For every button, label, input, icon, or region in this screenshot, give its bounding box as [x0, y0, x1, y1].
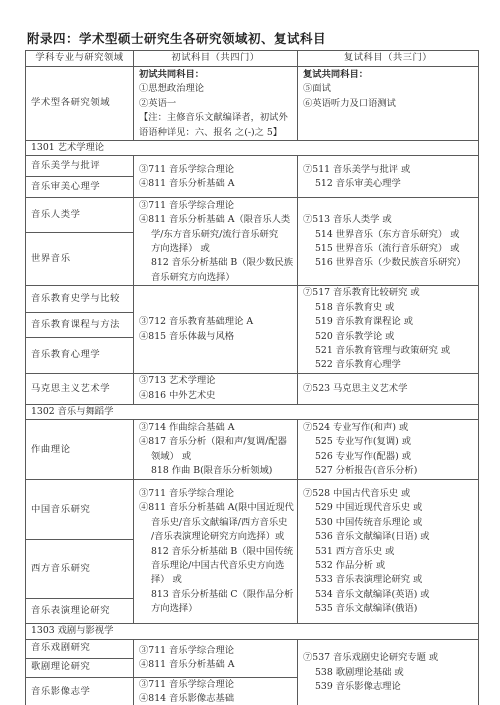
first-line: 方向选择） 或: [139, 242, 297, 256]
retest-line: 535 音乐文献编译(俄语): [303, 602, 478, 616]
table-row: 音乐美学与批评 ③711 音乐学综合理论 ④811 音乐分析基础 A ⑦511 …: [26, 156, 479, 177]
retest-cell: ⑦511 音乐美学与批评 或 512 音乐审美心理学: [298, 156, 479, 198]
retest-cell: ⑦513 音乐人类学 或 514 世界音乐（东方音乐研究） 或 515 世界音乐…: [298, 198, 479, 286]
retest-line: 534 音乐文献编译(英语) 或: [303, 588, 478, 602]
first-line: 择） 或: [139, 573, 297, 587]
first-line: ④811 音乐分析基础 A: [139, 658, 297, 672]
note-line: 语语种详见：六、报名 之(-)之 5】: [139, 126, 297, 140]
section-title: 1303 戏剧与影视学: [26, 624, 479, 639]
retest-line: 519 音乐教育课程论 或: [303, 315, 478, 329]
section-title: 1302 音乐与舞蹈学: [26, 404, 479, 419]
field-cell: 西方音乐研究: [26, 540, 134, 599]
table-row: 作曲理论 ③714 作曲综合基础 A ④817 音乐分析（限和声/复调/配器 领…: [26, 420, 479, 480]
field-cell: 音乐戏剧研究: [26, 639, 134, 658]
field-cell: 音乐教育课程与方法: [26, 312, 134, 337]
retest-line: 529 中国近现代音乐史 或: [303, 501, 478, 515]
first-line: 音乐研究方向选择）: [139, 271, 297, 285]
field-cell: 歌剧理论研究: [26, 658, 134, 677]
retest-line: 525 专业写作(复调) 或: [303, 435, 478, 449]
retest-cell: ⑦528 中国古代音乐史 或 529 中国近现代音乐史 或 530 中国传统音乐…: [298, 480, 479, 624]
first-exam-cell: ③714 作曲综合基础 A ④817 音乐分析（限和声/复调/配器 领域） 或 …: [134, 420, 298, 480]
first-line: 812 音乐分析基础 B（限中国传统: [139, 545, 297, 559]
field-cell: 音乐影像志学: [26, 677, 134, 705]
retest-line: 522 音乐教育心理学: [303, 358, 478, 372]
table-row: 音乐教育史学与比较 ③712 音乐教育基础理论 A ④815 音乐体裁与风格 ⑦…: [26, 286, 479, 312]
table-header-row: 学科专业与研究领域 初试科目（共四门） 复试科目（共三门）: [26, 51, 479, 67]
note-line: 【注：主修音乐文献编译者，初试外: [139, 111, 297, 125]
retest-line: 516 世界音乐（少数民族音乐研究）: [303, 256, 478, 270]
field-cell: 马克思主义艺术学: [26, 373, 134, 404]
first-exam-cell: ③711 音乐学综合理论 ④811 音乐分析基础 A: [134, 156, 298, 198]
retest-line: 531 西方音乐史 或: [303, 545, 478, 559]
retest-cell: ⑦537 音乐戏剧史论研究专题 或 538 歌剧理论基础 或 539 音乐影像志…: [298, 639, 479, 705]
retest-line: 532 作品分析 或: [303, 559, 478, 573]
table-row: 马克思主义艺术学 ③713 艺术学理论 ④816 中外艺术史 ⑦523 马克思主…: [26, 373, 479, 404]
field-cell: 世界音乐: [26, 233, 134, 286]
retest-line: 538 歌剧理论基础 或: [303, 666, 478, 680]
common-subjects-row: 学术型各研究领域 初试共同科目： ①思想政治理论 ②英语一 【注：主修音乐文献编…: [26, 67, 479, 141]
first-line: 音乐理论/中国古代音乐史方向选: [139, 559, 297, 573]
field-cell: 音乐美学与批评: [26, 156, 134, 177]
field-cell: 作曲理论: [26, 420, 134, 480]
retest-line: ⑦523 马克思主义艺术学: [303, 382, 478, 396]
header-first-exam: 初试科目（共四门）: [134, 51, 298, 67]
retest-line: ⑥英语听力及口语测试: [303, 97, 478, 111]
first-line: 813 音乐分析基础 C（限作品分析: [139, 588, 297, 602]
section-title: 1301 艺术学理论: [26, 141, 479, 156]
retest-cell: 复试共同科目： ⑤面试 ⑥英语听力及口语测试: [298, 67, 479, 141]
table-row: 中国音乐研究 ③711 音乐学综合理论 ④811 音乐分析基础 A(限中国近现代…: [26, 480, 479, 540]
first-line: 领域） 或: [139, 450, 297, 464]
first-line: ④814 音乐影像志基础: [139, 692, 297, 705]
retest-cell: ⑦524 专业写作(和声) 或 525 专业写作(复调) 或 526 专业写作(…: [298, 420, 479, 480]
retest-line: ⑦528 中国古代音乐史 或: [303, 487, 478, 501]
first-line: 812 音乐分析基础 B（限少数民族: [139, 256, 297, 270]
first-line: ③712 音乐教育基础理论 A: [139, 315, 297, 329]
first-line: ③711 音乐学综合理论: [139, 487, 297, 501]
first-line: 818 作曲 B(限音乐分析领域): [139, 464, 297, 478]
first-line: ④816 中外艺术史: [139, 389, 297, 403]
retest-line: ⑦524 专业写作(和声) 或: [303, 421, 478, 435]
header-field: 学科专业与研究领域: [26, 51, 134, 67]
first-line: 学/东方音乐研究/流行音乐研究: [139, 228, 297, 242]
retest-line: ⑦511 音乐美学与批评 或: [303, 163, 478, 177]
field-cell: 音乐表演理论研究: [26, 599, 134, 624]
first-exam-cell: 初试共同科目： ①思想政治理论 ②英语一 【注：主修音乐文献编译者，初试外 语语…: [134, 67, 298, 141]
first-line: ④811 音乐分析基础 A: [139, 177, 297, 191]
first-line: ④817 音乐分析（限和声/复调/配器: [139, 435, 297, 449]
retest-line: ⑦537 音乐戏剧史论研究专题 或: [303, 651, 478, 665]
retest-line: 539 音乐影像志理论: [303, 680, 478, 694]
retest-line: ⑦513 音乐人类学 或: [303, 213, 478, 227]
retest-line: 530 中国传统音乐理论 或: [303, 516, 478, 530]
first-exam-cell: ③712 音乐教育基础理论 A ④815 音乐体裁与风格: [134, 286, 298, 373]
retest-common-title: 复试共同科目：: [303, 68, 478, 82]
first-line: 方向选择）: [139, 602, 297, 616]
field-cell: 中国音乐研究: [26, 480, 134, 540]
retest-cell: ⑦523 马克思主义艺术学: [298, 373, 479, 404]
retest-line: 520 音乐教学论 或: [303, 330, 478, 344]
retest-line: 527 分析报告(音乐分析): [303, 464, 478, 478]
section-row-1303: 1303 戏剧与影视学: [26, 624, 479, 639]
first-line: ④811 音乐分析基础 A（限音乐人类: [139, 213, 297, 227]
first-line: ④815 音乐体裁与风格: [139, 330, 297, 344]
first-line: /音乐表演理论研究方向选择）或: [139, 530, 297, 544]
retest-line: 512 音乐审美心理学: [303, 177, 478, 191]
retest-line: ⑤面试: [303, 82, 478, 96]
retest-line: ⑦517 音乐教育比较研究 或: [303, 286, 478, 300]
first-line: ③711 音乐学综合理论: [139, 163, 297, 177]
first-exam-cell: ③711 音乐学综合理论 ④811 音乐分析基础 A（限音乐人类 学/东方音乐研…: [134, 198, 298, 286]
section-row-1302: 1302 音乐与舞蹈学: [26, 404, 479, 419]
retest-line: 518 音乐教育史 或: [303, 301, 478, 315]
exam-subjects-table: 学科专业与研究领域 初试科目（共四门） 复试科目（共三门） 学术型各研究领域 初…: [25, 50, 479, 705]
retest-line: 514 世界音乐（东方音乐研究） 或: [303, 228, 478, 242]
first-common-title: 初试共同科目：: [139, 68, 297, 82]
first-line: ②英语一: [139, 97, 297, 111]
retest-line: 515 世界音乐（流行音乐研究） 或: [303, 242, 478, 256]
first-line: ③711 音乐学综合理论: [139, 678, 297, 692]
field-cell: 音乐审美心理学: [26, 177, 134, 198]
first-exam-cell: ③711 音乐学综合理论 ④814 音乐影像志基础: [134, 677, 298, 705]
first-line: ③711 音乐学综合理论: [139, 199, 297, 213]
header-retest: 复试科目（共三门）: [298, 51, 479, 67]
first-line: ③713 艺术学理论: [139, 374, 297, 388]
section-row-1301: 1301 艺术学理论: [26, 141, 479, 156]
retest-line: 536 音乐文献编译(日语) 或: [303, 530, 478, 544]
retest-line: 526 专业写作(配器) 或: [303, 450, 478, 464]
first-line: ③711 音乐学综合理论: [139, 644, 297, 658]
field-cell: 音乐教育心理学: [26, 338, 134, 374]
first-exam-cell: ③711 音乐学综合理论 ④811 音乐分析基础 A(限中国近现代 音乐史/音乐…: [134, 480, 298, 624]
page-title: 附录四：学术型硕士研究生各研究领域初、复试科目: [27, 29, 326, 47]
table-row: 音乐人类学 ③711 音乐学综合理论 ④811 音乐分析基础 A（限音乐人类 学…: [26, 198, 479, 233]
field-cell: 音乐人类学: [26, 198, 134, 233]
retest-line: 533 音乐表演理论研究 或: [303, 573, 478, 587]
first-line: ④811 音乐分析基础 A(限中国近现代: [139, 501, 297, 515]
table-row: 音乐戏剧研究 ③711 音乐学综合理论 ④811 音乐分析基础 A ⑦537 音…: [26, 639, 479, 658]
first-line: 音乐史/音乐文献编译/西方音乐史: [139, 516, 297, 530]
first-line: ③714 作曲综合基础 A: [139, 421, 297, 435]
first-line: ①思想政治理论: [139, 82, 297, 96]
field-cell: 学术型各研究领域: [26, 67, 134, 141]
retest-line: 521 音乐教育管理与政策研究 或: [303, 344, 478, 358]
field-cell: 音乐教育史学与比较: [26, 286, 134, 312]
first-exam-cell: ③713 艺术学理论 ④816 中外艺术史: [134, 373, 298, 404]
retest-cell: ⑦517 音乐教育比较研究 或 518 音乐教育史 或 519 音乐教育课程论 …: [298, 286, 479, 373]
first-exam-cell: ③711 音乐学综合理论 ④811 音乐分析基础 A: [134, 639, 298, 677]
